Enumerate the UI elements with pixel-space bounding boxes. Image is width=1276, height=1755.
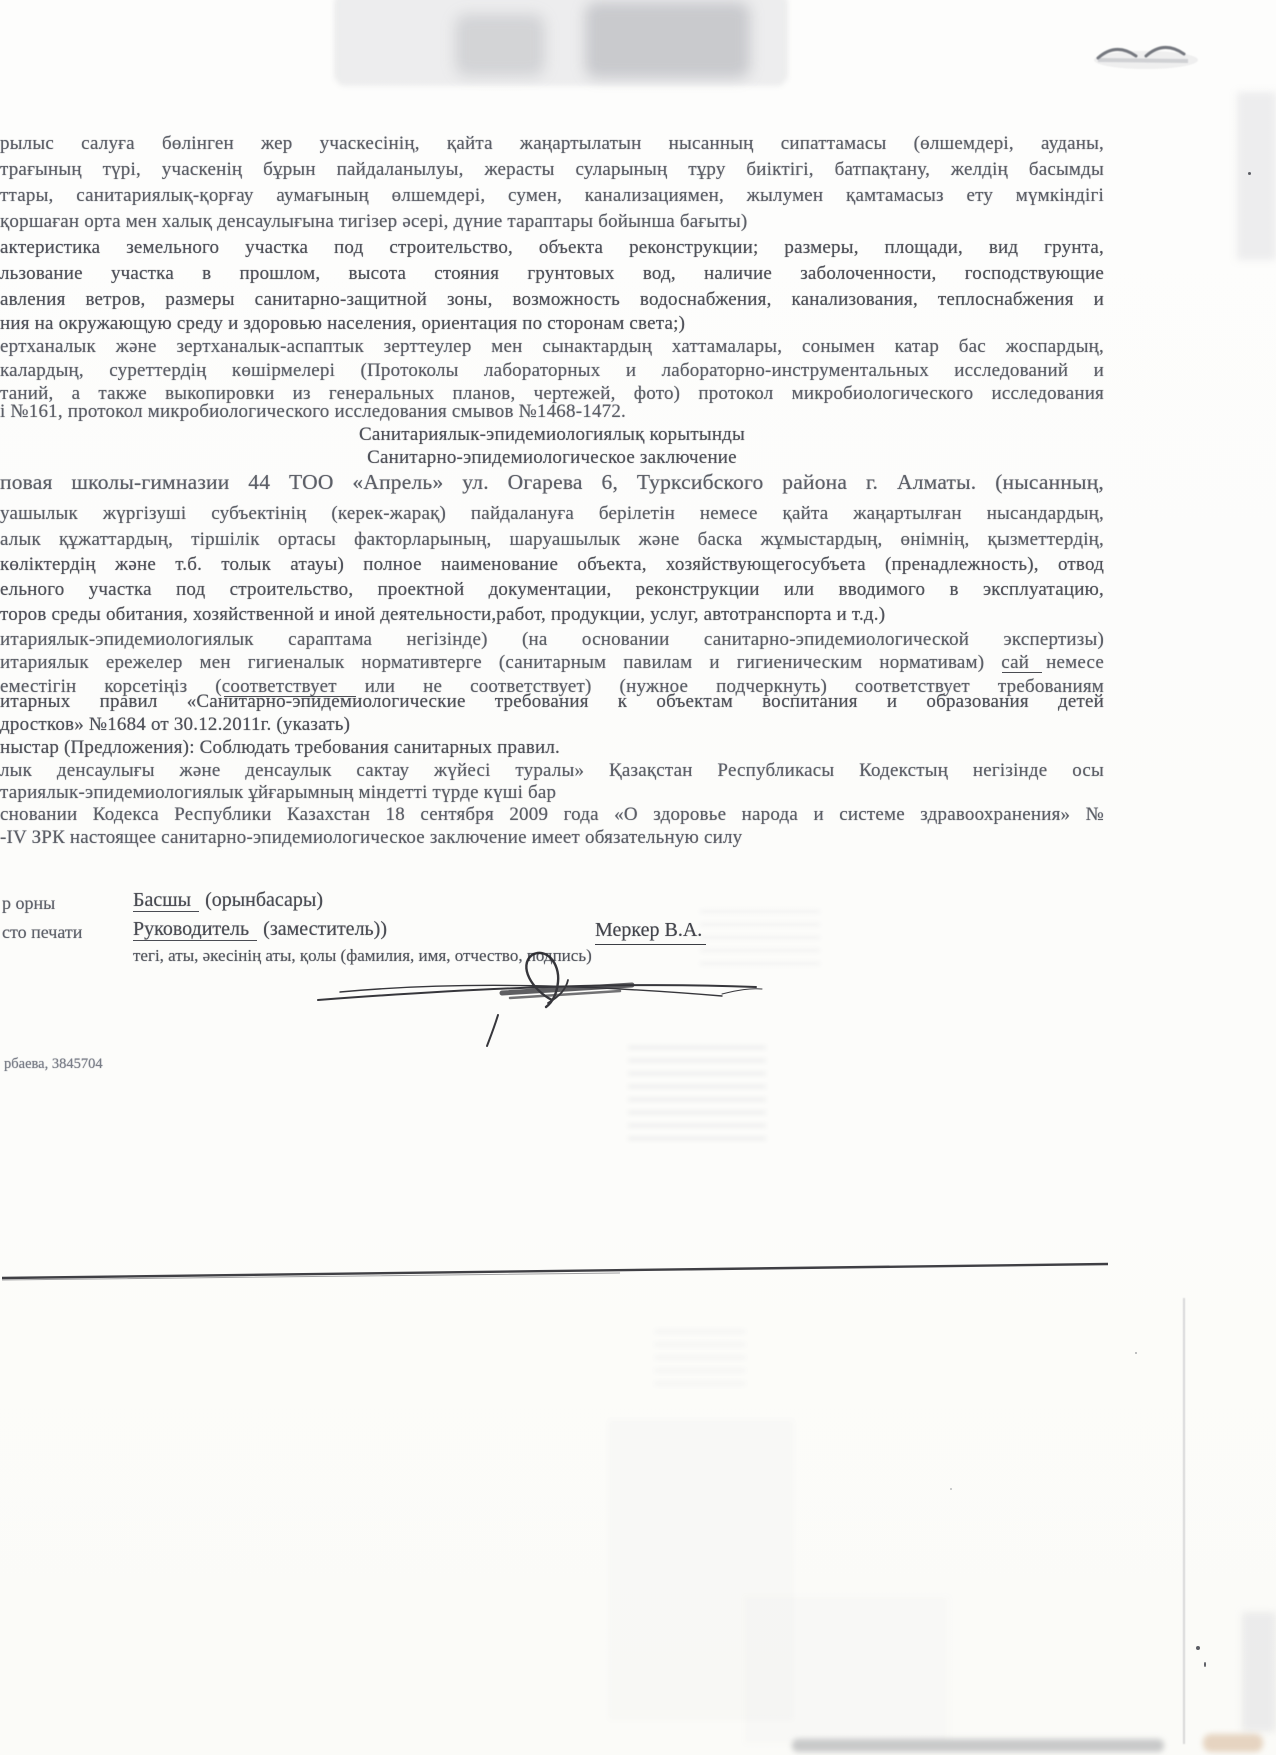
role-underlined-ru: Руководитель — [133, 918, 257, 941]
text-line: торов среды обитания, хозяйственной и ин… — [0, 604, 1104, 626]
bleed-through-text — [628, 1038, 766, 1140]
signatory-role-kk: Басшы(орынбасары) — [133, 889, 323, 912]
bleed-through-text — [655, 1330, 745, 1385]
text-line: актеристика земельного участка под строи… — [0, 237, 1104, 259]
scan-edge-artifact — [1242, 1612, 1276, 1732]
text-line: калардың, суреттердің көшірмелері (Прото… — [0, 360, 1104, 382]
scan-speck — [1196, 1646, 1200, 1650]
paperclip-shadow-icon — [1088, 34, 1208, 78]
role-rest-kk: (орынбасары) — [205, 889, 323, 911]
scan-speck — [1248, 172, 1251, 175]
bleed-through-text — [745, 1595, 950, 1745]
text-line: -IV ЗРК настоящее санитарно-эпидемиологи… — [0, 827, 1104, 849]
text-line: рылыс салуға бөлінген жер учаскесінің, қ… — [0, 133, 1104, 155]
text-line: ертханалык және зертханалык-аспаптык зер… — [0, 336, 1104, 358]
underline-mark — [1002, 672, 1042, 673]
text-line: авления ветров, размеры санитарно-защитн… — [0, 289, 1104, 311]
text-line: льзование участка в прошлом, высота стоя… — [0, 263, 1104, 285]
text-line: итариялык ережелер мен гигиеналык нормат… — [0, 652, 1104, 674]
text-line: трағының түрі, учаскенің бұрын пайдаланы… — [0, 159, 1104, 181]
text-line: уашылык жүргізуші субъектінің (керек-жар… — [0, 503, 1104, 525]
text-line: ттары, санитариялық-қорғау аумағының өлш… — [0, 185, 1104, 207]
scan-line-artifact — [1183, 1298, 1185, 1744]
scan-edge-artifact — [1237, 92, 1276, 260]
scanner-smudge-core — [455, 14, 545, 76]
text-line: қоршаған орта мен халық денсаулығына тиг… — [0, 211, 1104, 233]
scan-color-blob — [1203, 1734, 1263, 1752]
object-name-line: повая школы-гимназии 44 ТОО «Апрель» ул.… — [0, 470, 1104, 495]
text-line: итариялык-эпидемиологиялык сараптама нег… — [0, 629, 1104, 651]
scan-crease-line — [0, 1252, 1130, 1286]
text-line: көліктердің және т.б. толык атауы) полно… — [0, 554, 1104, 576]
scanner-smudge-core — [585, 2, 750, 78]
conclusion-line: ныстар (Предложения): Соблюдать требован… — [0, 737, 1104, 759]
text-line: итарных правил «Санитарно-эпидемиологиче… — [0, 691, 1104, 713]
footer-note: рбаева, 3845704 — [4, 1056, 103, 1073]
stamp-place-label-ru: сто печати — [2, 922, 82, 943]
stamp-place-label-kk: р орны — [2, 893, 55, 914]
text-line: алык құжаттардың, тіршілік ортасы фактор… — [0, 529, 1104, 551]
document-heading-kk: Санитариялык-эпидемиологиялық корытынды — [0, 424, 1104, 446]
underline-mark — [224, 696, 356, 697]
scan-speck — [1204, 1662, 1206, 1667]
text-line: дростков» №1684 от 30.12.2011г. (указать… — [0, 714, 1104, 736]
scan-speck — [950, 1488, 952, 1490]
text-line: сновании Кодекса Республики Казахстан 18… — [0, 804, 1104, 826]
text-line: лык денсаулығы және денсаулык сактау жүй… — [0, 760, 1104, 782]
text-line: ния на окружающую среду и здоровью насел… — [0, 313, 1104, 335]
scan-speck — [1135, 1352, 1137, 1354]
document-heading-ru: Санитарно-эпидемиологическое заключение — [0, 447, 1104, 469]
text-line: і №161, протокол микробиологического исс… — [0, 401, 1104, 423]
scan-edge-smear — [792, 1739, 1164, 1752]
role-underlined-kk: Басшы — [133, 889, 199, 912]
bleed-through-text — [700, 905, 820, 965]
text-line: ельного участка под строительство, проек… — [0, 579, 1104, 601]
scanned-document-page: рылыс салуға бөлінген жер учаскесінің, қ… — [0, 0, 1276, 1755]
text-line: тариялык-эпидемиологиялык ұйғарымның мін… — [0, 782, 1104, 804]
